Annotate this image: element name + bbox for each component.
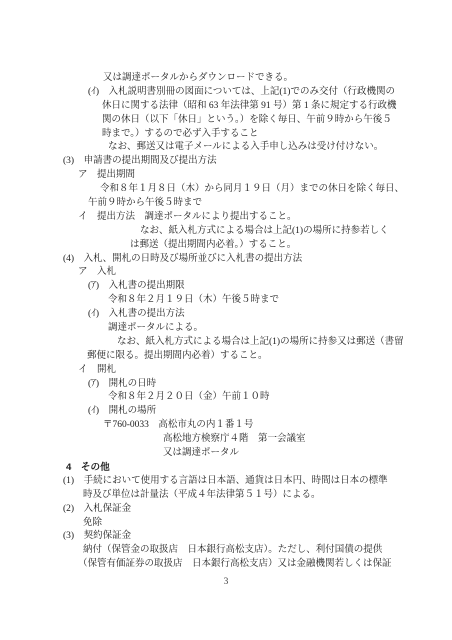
- document-line: 〒760-0033 高松市丸の内１番１号: [0, 419, 452, 433]
- document-line: 高松地方検察庁４階 第一会議室: [0, 433, 452, 447]
- document-line: (3) 契約保証金: [0, 530, 452, 544]
- document-line: 午前９時から午後５時まで: [0, 197, 452, 211]
- document-line: 時まで。）するので必ず入手すること: [0, 128, 452, 142]
- document-line: (ｱ) 開札の日時: [0, 378, 452, 392]
- document-line: （保管有価証券の取扱店 日本銀行高松支店）又は金融機関若しくは保証: [0, 558, 452, 572]
- document-line: (4) 入札、開札の日時及び場所並びに入札書の提出方法: [0, 253, 452, 267]
- document-line: 令和８年２月２０日（金）午前１０時: [0, 391, 452, 405]
- document-line: 調達ポータルによる。: [0, 322, 452, 336]
- document-page: 又は調達ポータルからダウンロードできる。(ｲ) 入札説明書別冊の図面については、…: [0, 0, 452, 640]
- page-number: 3: [0, 577, 452, 587]
- document-line: なお、郵送又は電子メールによる入手申し込みは受け付けない。: [0, 141, 452, 155]
- document-line: 又は調達ポータルからダウンロードできる。: [0, 72, 452, 86]
- document-line: (ｲ) 入札説明書別冊の図面については、上記(1)でのみ交付（行政機関の: [0, 86, 452, 100]
- document-line: (ｱ) 入札書の提出期限: [0, 280, 452, 294]
- document-line: なお、紙入札方式による場合は上記(1)の場所に持参若しく: [0, 225, 452, 239]
- document-line: は郵送（提出期間内必着。）すること。: [0, 239, 452, 253]
- document-line: 時及び単位は計量法（平成４年法律第５１号）による。: [0, 489, 452, 503]
- document-line: 休日に関する法律（昭和 63 年法律第 91 号）第 1 条に規定する行政機: [0, 100, 452, 114]
- document-line: 令和８年２月１９日（木）午後５時まで: [0, 294, 452, 308]
- document-heading-line: 4 その他: [0, 461, 452, 475]
- document-line: (3) 申請書の提出期間及び提出方法: [0, 155, 452, 169]
- document-line: なお、紙入札方式による場合は上記(1)の場所に持参又は郵送（書留: [0, 336, 452, 350]
- document-line: (ｲ) 開札の場所: [0, 405, 452, 419]
- document-line: 郵便に限る。提出期間内必着）すること。: [0, 350, 452, 364]
- document-line: (ｲ) 入札書の提出方法: [0, 308, 452, 322]
- document-line: (2) 入札保証金: [0, 503, 452, 517]
- document-line: 令和８年１月８日（木）から同月１９日（月）までの休日を除く毎日、: [0, 183, 452, 197]
- document-line: 又は調達ポータル: [0, 447, 452, 461]
- document-line: ア 入札: [0, 266, 452, 280]
- document-line: イ 提出方法 調達ポータルにより提出すること。: [0, 211, 452, 225]
- document-line: イ 開札: [0, 364, 452, 378]
- document-line: 納付（保管金の取扱店 日本銀行高松支店）。ただし、利付国債の提供: [0, 544, 452, 558]
- document-line: (1) 手続において使用する言語は日本語、通貨は日本円、時間は日本の標準: [0, 475, 452, 489]
- document-line: ア 提出期間: [0, 169, 452, 183]
- document-line: 関の休日（以下「休日」という。）を除く毎日、午前９時から午後５: [0, 114, 452, 128]
- document-body: 又は調達ポータルからダウンロードできる。(ｲ) 入札説明書別冊の図面については、…: [0, 72, 452, 572]
- document-line: 免除: [0, 517, 452, 531]
